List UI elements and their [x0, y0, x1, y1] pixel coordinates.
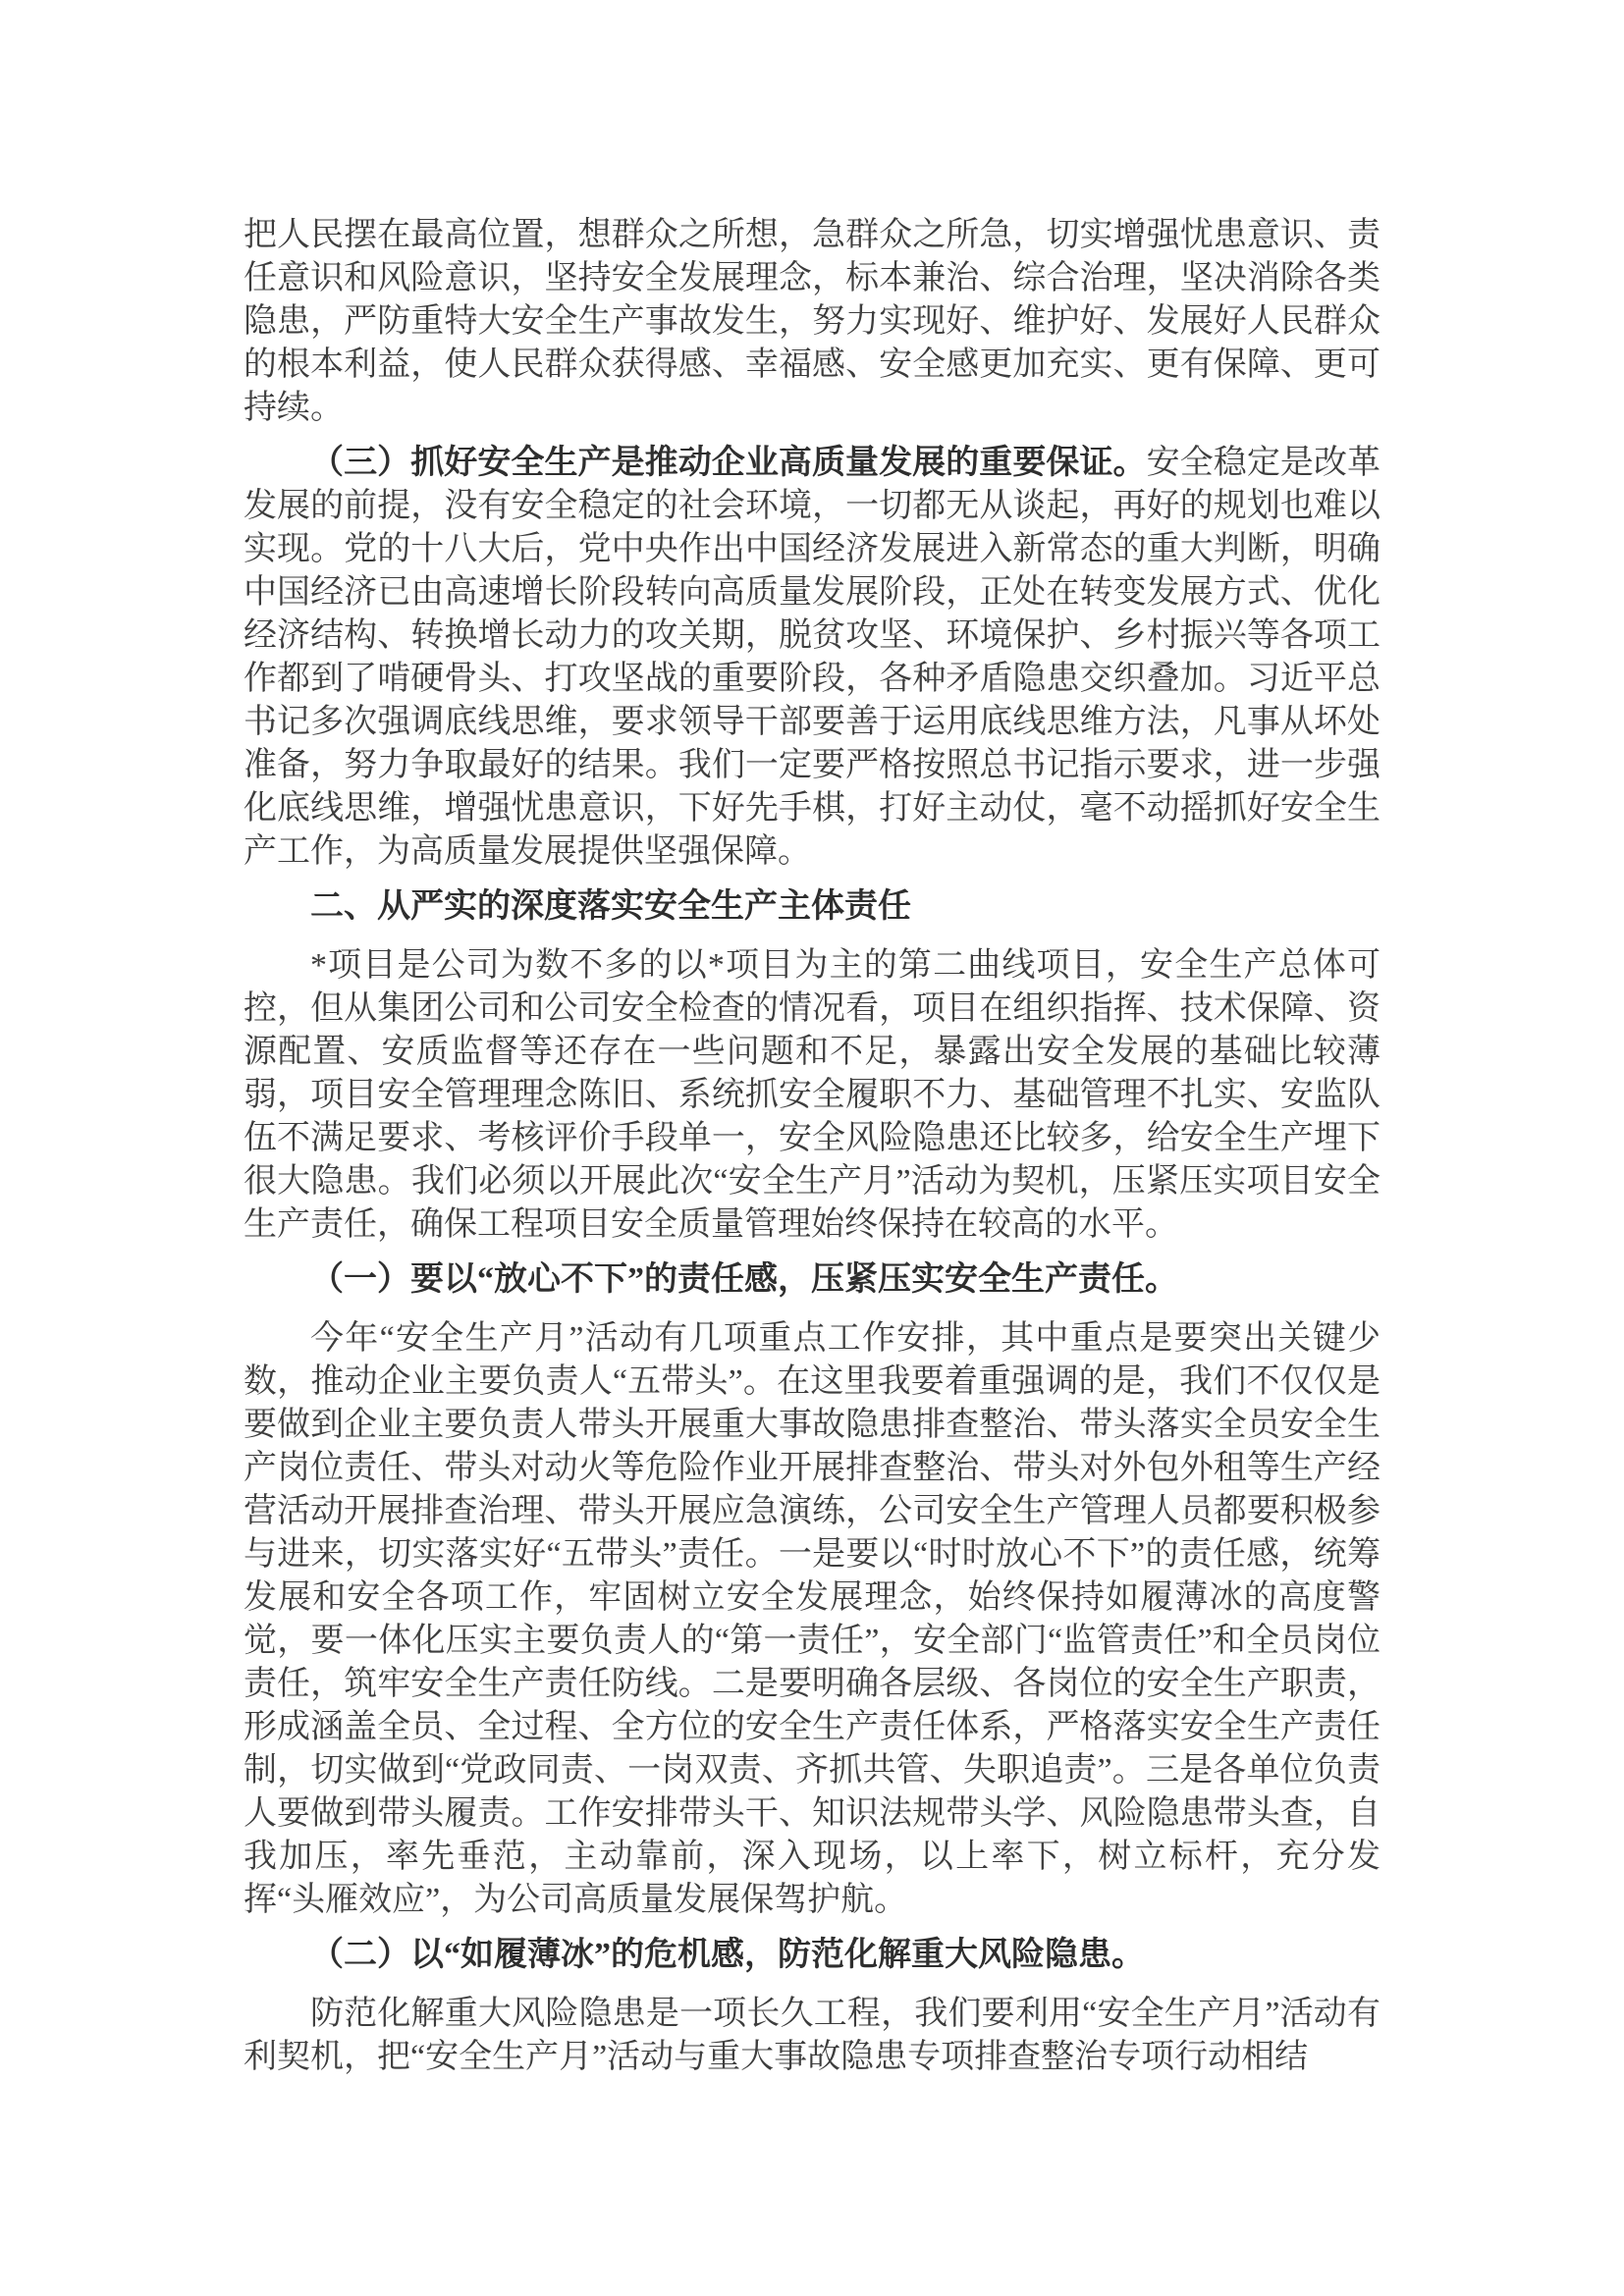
part-two-heading: 二、从严实的深度落实安全生产主体责任 — [244, 885, 1380, 929]
item-one-body-paragraph: 今年“安全生产月”活动有几项重点工作安排，其中重点是要突出关键少数，推动企业主要… — [244, 1317, 1380, 1922]
section-three-paragraph: （三）抓好安全生产是推动企业高质量发展的重要保证。安全稳定是改革发展的前提，没有… — [244, 442, 1380, 874]
item-one-heading: （一）要以“放心不下”的责任感，压紧压实安全生产责任。 — [244, 1258, 1380, 1302]
section-three-run-in-heading: （三）抓好安全生产是推动企业高质量发展的重要保证。 — [310, 445, 1147, 481]
part-two-intro-paragraph: *项目是公司为数不多的以*项目为主的第二曲线项目，安全生产总体可控，但从集团公司… — [244, 944, 1380, 1247]
section-three-body-text: 安全稳定是改革发展的前提，没有安全稳定的社会环境，一切都无从谈起，再好的规划也难… — [244, 445, 1380, 870]
continuation-paragraph: 把人民摆在最高位置，想群众之所想，急群众之所急，切实增强忧患意识、责任意识和风险… — [244, 214, 1380, 430]
document-page: 把人民摆在最高位置，想群众之所想，急群众之所急，切实增强忧患意识、责任意识和风险… — [0, 0, 1624, 2296]
item-two-heading: （二）以“如履薄冰”的危机感，防范化解重大风险隐患。 — [244, 1934, 1380, 1977]
item-two-body-paragraph: 防范化解重大风险隐患是一项长久工程，我们要利用“安全生产月”活动有利契机，把“安… — [244, 1993, 1380, 2079]
